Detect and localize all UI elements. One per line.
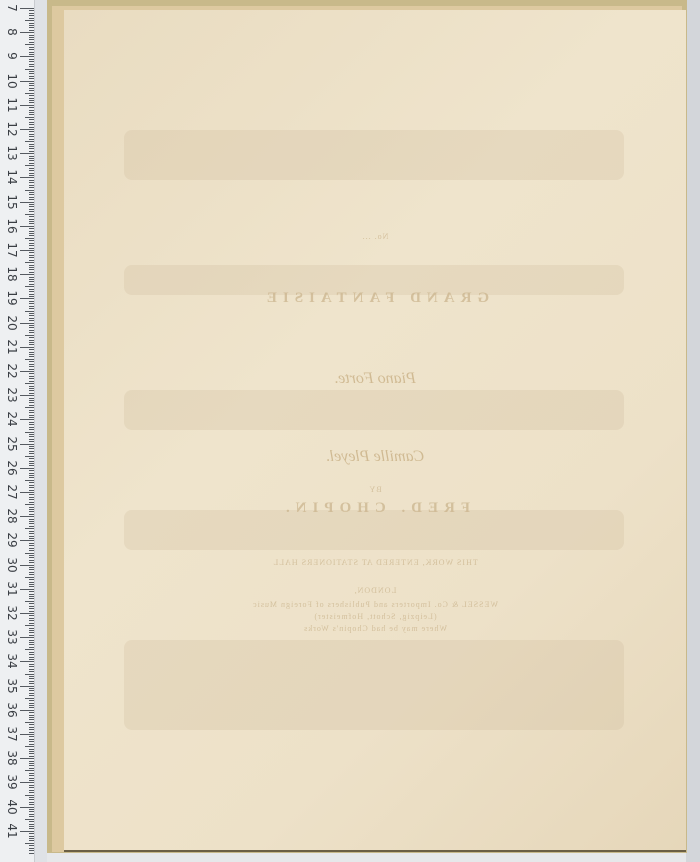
ruler-tick xyxy=(29,148,34,149)
ruler-tick xyxy=(29,415,34,416)
measuring-ruler: 7891011121314151617181920212223242526272… xyxy=(0,0,35,862)
ruler-tick xyxy=(29,156,34,157)
ruler-tick xyxy=(29,422,34,423)
ruler-tick xyxy=(29,42,34,43)
ruler-tick xyxy=(20,782,34,783)
ruler-tick xyxy=(29,787,34,788)
ruler-tick xyxy=(25,262,34,263)
ruler-tick xyxy=(29,175,34,176)
ruler-tick xyxy=(29,284,34,285)
ruler-tick xyxy=(25,190,34,191)
ruler-tick xyxy=(29,596,34,597)
ruler-tick xyxy=(29,252,34,253)
ruler-label: 40 xyxy=(6,796,18,818)
ruler-label: 28 xyxy=(6,505,18,527)
ruler-tick xyxy=(29,352,34,353)
ruler-tick xyxy=(29,598,34,599)
ruler-tick xyxy=(29,763,34,764)
ruler-tick xyxy=(29,27,34,28)
ruler-tick xyxy=(29,586,34,587)
ruler-tick xyxy=(29,95,34,96)
ruler-tick xyxy=(29,557,34,558)
ruler-tick xyxy=(29,199,34,200)
ruler-tick xyxy=(29,693,34,694)
ruler-tick xyxy=(29,388,34,389)
ruler-tick xyxy=(29,753,34,754)
ruler-tick xyxy=(20,323,34,324)
ruler-tick xyxy=(29,168,34,169)
ruler-tick xyxy=(29,642,34,643)
ghost-number-line: No. ... xyxy=(64,232,686,241)
ruler-tick xyxy=(29,390,34,391)
ruler-tick xyxy=(29,110,34,111)
ruler-tick xyxy=(29,606,34,607)
ruler-tick xyxy=(29,398,34,399)
ruler-tick xyxy=(29,705,34,706)
ruler-tick xyxy=(29,386,34,387)
ruler-label: 41 xyxy=(6,820,18,842)
ruler-tick xyxy=(29,536,34,537)
ruler-tick xyxy=(29,526,34,527)
ruler-label: 35 xyxy=(6,675,18,697)
ruler-tick xyxy=(29,243,34,244)
ruler-tick xyxy=(29,318,34,319)
ruler-tick xyxy=(29,325,34,326)
ruler-tick xyxy=(29,761,34,762)
ruler-tick xyxy=(20,226,34,227)
ruler-tick xyxy=(29,797,34,798)
ruler-tick xyxy=(20,468,34,469)
ruler-tick xyxy=(29,833,34,834)
ruler-tick xyxy=(29,342,34,343)
ruler-tick xyxy=(29,751,34,752)
ruler-tick xyxy=(29,204,34,205)
ruler-tick xyxy=(29,378,34,379)
ruler-tick xyxy=(29,804,34,805)
ruler-label: 33 xyxy=(6,626,18,648)
ruler-tick xyxy=(29,826,34,827)
ruler-tick xyxy=(25,674,34,675)
ruler-tick xyxy=(29,785,34,786)
ruler-tick xyxy=(29,219,34,220)
ruler-tick xyxy=(29,366,34,367)
ruler-tick xyxy=(20,371,34,372)
ruler-tick xyxy=(29,434,34,435)
ruler-tick xyxy=(29,700,34,701)
ruler-tick xyxy=(29,461,34,462)
ruler-tick xyxy=(29,473,34,474)
ruler-tick xyxy=(29,49,34,50)
ruler-tick xyxy=(29,349,34,350)
ruler-label: 9 xyxy=(6,45,18,67)
ruler-tick xyxy=(29,678,34,679)
ruler-tick xyxy=(29,569,34,570)
ruler-tick xyxy=(29,192,34,193)
ruler-tick xyxy=(25,311,34,312)
ruler-tick xyxy=(29,458,34,459)
ruler-tick xyxy=(29,611,34,612)
ruler-tick xyxy=(29,816,34,817)
ruler-tick xyxy=(29,676,34,677)
ruler-tick xyxy=(29,799,34,800)
ruler-tick xyxy=(29,477,34,478)
ruler-tick xyxy=(29,615,34,616)
ruler-tick xyxy=(20,492,34,493)
document-page: No. ... GRAND FANTAISIE Piano Forte. Cam… xyxy=(64,10,686,850)
ruler-tick xyxy=(29,594,34,595)
ruler-tick xyxy=(25,698,34,699)
ruler-tick xyxy=(29,216,34,217)
ruler-label: 13 xyxy=(6,142,18,164)
ruler-tick xyxy=(29,233,34,234)
ruler-tick xyxy=(29,30,34,31)
ruler-tick xyxy=(29,85,34,86)
ruler-tick xyxy=(20,831,34,832)
ruler-tick xyxy=(29,775,34,776)
ruler-tick xyxy=(29,160,34,161)
ruler-tick xyxy=(29,306,34,307)
ruler-tick xyxy=(25,383,34,384)
ruler-tick xyxy=(29,410,34,411)
ruler-tick xyxy=(29,497,34,498)
ruler-tick xyxy=(29,499,34,500)
ruler-tick xyxy=(20,444,34,445)
ruler-tick xyxy=(25,504,34,505)
ruler-tick xyxy=(29,23,34,24)
ruler-tick xyxy=(29,340,34,341)
ruler-tick xyxy=(29,427,34,428)
ruler-tick xyxy=(20,734,34,735)
ruler-tick xyxy=(29,572,34,573)
ruler-label: 11 xyxy=(6,94,18,116)
ruler-tick xyxy=(29,78,34,79)
ruler-tick xyxy=(29,719,34,720)
ruler-tick xyxy=(25,335,34,336)
ruler-tick xyxy=(29,327,34,328)
ruler-tick xyxy=(29,591,34,592)
ruler-tick xyxy=(25,722,34,723)
ruler-tick xyxy=(29,703,34,704)
ruler-tick xyxy=(29,487,34,488)
scanner-bed-margin xyxy=(35,0,47,862)
ruler-tick xyxy=(29,732,34,733)
ruler-tick xyxy=(29,509,34,510)
ruler-tick xyxy=(29,652,34,653)
ruler-tick xyxy=(29,289,34,290)
ghost-title: GRAND FANTAISIE xyxy=(64,290,686,307)
ruler-tick xyxy=(29,277,34,278)
ruler-tick xyxy=(29,296,34,297)
ruler-tick xyxy=(29,369,34,370)
ruler-tick xyxy=(29,64,34,65)
ruler-label: 38 xyxy=(6,747,18,769)
ruler-tick xyxy=(29,511,34,512)
ghost-composer: FRED. CHOPIN. xyxy=(64,500,686,517)
ruler-tick xyxy=(29,475,34,476)
ruler-tick xyxy=(29,666,34,667)
ruler-tick xyxy=(29,127,34,128)
ruler-tick xyxy=(29,90,34,91)
ruler-tick xyxy=(29,124,34,125)
ruler-tick xyxy=(29,582,34,583)
ruler-tick xyxy=(29,393,34,394)
ruler-tick xyxy=(29,291,34,292)
ruler-tick xyxy=(29,560,34,561)
ruler-tick xyxy=(29,543,34,544)
ruler-label: 26 xyxy=(6,457,18,479)
ruler-tick xyxy=(29,13,34,14)
ruler-tick xyxy=(20,347,34,348)
ruler-tick xyxy=(29,303,34,304)
ruler-tick xyxy=(29,838,34,839)
ruler-tick xyxy=(29,194,34,195)
show-through-block xyxy=(124,130,624,180)
ruler-tick xyxy=(29,281,34,282)
ruler-tick xyxy=(29,257,34,258)
ruler-tick xyxy=(29,448,34,449)
ruler-tick xyxy=(29,144,34,145)
ruler-tick xyxy=(29,768,34,769)
ruler-tick xyxy=(25,795,34,796)
ruler-tick xyxy=(29,562,34,563)
ruler-tick xyxy=(29,821,34,822)
ruler-tick xyxy=(20,129,34,130)
ghost-publisher-line-3: Where may be had Chopin's Works xyxy=(64,624,686,633)
ruler-tick xyxy=(29,550,34,551)
ruler-tick xyxy=(29,240,34,241)
ruler-tick xyxy=(29,330,34,331)
ruler-tick xyxy=(25,44,34,45)
ruler-tick xyxy=(29,809,34,810)
ruler-tick xyxy=(29,603,34,604)
ruler-tick xyxy=(29,623,34,624)
ruler-tick xyxy=(29,223,34,224)
ruler-label: 25 xyxy=(6,433,18,455)
ruler-tick xyxy=(29,845,34,846)
ruler-label: 34 xyxy=(6,650,18,672)
ruler-tick xyxy=(20,661,34,662)
ruler-label: 39 xyxy=(6,771,18,793)
show-through-block xyxy=(124,390,624,430)
ruler-tick xyxy=(29,102,34,103)
ruler-tick xyxy=(20,56,34,57)
ruler-tick xyxy=(29,840,34,841)
ruler-tick xyxy=(29,811,34,812)
ruler-tick xyxy=(20,105,34,106)
ruler-tick xyxy=(29,88,34,89)
ruler-tick xyxy=(29,671,34,672)
ruler-tick xyxy=(29,308,34,309)
ruler-tick xyxy=(20,565,34,566)
ruler-tick xyxy=(29,567,34,568)
ruler-tick xyxy=(25,649,34,650)
ruler-tick xyxy=(29,151,34,152)
ruler-label: 29 xyxy=(6,529,18,551)
ruler-tick xyxy=(29,373,34,374)
ruler-label: 31 xyxy=(6,578,18,600)
ruler-tick xyxy=(29,465,34,466)
ruler-tick xyxy=(29,47,34,48)
ruler-tick xyxy=(20,274,34,275)
ruler-tick xyxy=(29,635,34,636)
ruler-tick xyxy=(29,574,34,575)
ruler-tick xyxy=(29,119,34,120)
ruler-tick xyxy=(29,25,34,26)
ruler-label: 36 xyxy=(6,699,18,721)
ruler-tick xyxy=(29,688,34,689)
ruler-label: 24 xyxy=(6,408,18,430)
ruler-tick xyxy=(29,405,34,406)
ruler-tick xyxy=(29,630,34,631)
ruler-tick xyxy=(29,337,34,338)
ruler-tick xyxy=(29,439,34,440)
ruler-tick xyxy=(29,707,34,708)
ruler-tick xyxy=(29,180,34,181)
ruler-tick xyxy=(29,555,34,556)
ruler-label: 30 xyxy=(6,554,18,576)
ruler-tick xyxy=(29,52,34,53)
ruler-label: 16 xyxy=(6,215,18,237)
ruler-tick xyxy=(29,632,34,633)
ruler-tick xyxy=(25,553,34,554)
ruler-tick xyxy=(29,436,34,437)
ruler-tick xyxy=(20,516,34,517)
ruler-tick xyxy=(29,736,34,737)
ruler-tick xyxy=(20,758,34,759)
show-through-block xyxy=(124,640,624,730)
ruler-tick xyxy=(29,158,34,159)
ruler-tick xyxy=(29,197,34,198)
ruler-tick xyxy=(29,502,34,503)
ruler-tick xyxy=(25,69,34,70)
ruler-tick xyxy=(29,724,34,725)
ruler-tick xyxy=(29,35,34,36)
ruler-label: 17 xyxy=(6,239,18,261)
ruler-tick xyxy=(29,402,34,403)
ruler-tick xyxy=(29,608,34,609)
ruler-tick xyxy=(29,744,34,745)
ruler-tick xyxy=(29,122,34,123)
ruler-tick xyxy=(20,807,34,808)
ruler-tick xyxy=(25,93,34,94)
ruler-tick xyxy=(29,756,34,757)
ghost-price-line: THIS WORK, ENTERED AT STATIONERS HALL xyxy=(64,558,686,567)
ruler-tick xyxy=(29,664,34,665)
ruler-tick xyxy=(29,657,34,658)
ruler-tick xyxy=(29,545,34,546)
ruler-tick xyxy=(29,313,34,314)
ruler-tick xyxy=(29,381,34,382)
ruler-tick xyxy=(29,10,34,11)
ruler-tick xyxy=(29,100,34,101)
ruler-tick xyxy=(29,235,34,236)
ruler-tick xyxy=(29,136,34,137)
ruler-label: 20 xyxy=(6,312,18,334)
ruler-tick xyxy=(29,209,34,210)
scanner-bed-right xyxy=(686,0,700,862)
ruler-tick xyxy=(29,73,34,74)
ruler-tick xyxy=(29,332,34,333)
ruler-tick xyxy=(29,265,34,266)
ruler-tick xyxy=(29,727,34,728)
ruler-label: 8 xyxy=(6,21,18,43)
ruler-tick xyxy=(29,61,34,62)
ghost-instrument: Piano Forte. xyxy=(64,370,686,388)
ruler-tick xyxy=(29,376,34,377)
ruler-tick xyxy=(29,482,34,483)
ghost-by: BY xyxy=(64,485,686,494)
ruler-tick xyxy=(29,618,34,619)
ruler-tick xyxy=(29,853,34,854)
ruler-tick xyxy=(29,354,34,355)
ruler-tick xyxy=(25,480,34,481)
ruler-tick xyxy=(29,514,34,515)
ruler-tick xyxy=(29,780,34,781)
ruler-tick xyxy=(25,214,34,215)
ruler-tick xyxy=(25,746,34,747)
ruler-tick xyxy=(29,279,34,280)
ruler-tick xyxy=(29,669,34,670)
ruler-tick xyxy=(29,248,34,249)
ruler-tick xyxy=(29,245,34,246)
ruler-tick xyxy=(25,770,34,771)
ruler-tick xyxy=(29,814,34,815)
ruler-tick xyxy=(29,424,34,425)
ruler-tick xyxy=(29,417,34,418)
ruler-tick xyxy=(25,141,34,142)
ruler-tick xyxy=(29,356,34,357)
ruler-tick xyxy=(29,114,34,115)
ruler-tick xyxy=(25,528,34,529)
ruler-tick xyxy=(29,260,34,261)
ruler-tick xyxy=(29,647,34,648)
ruler-tick xyxy=(29,361,34,362)
ruler-label: 37 xyxy=(6,723,18,745)
ruler-tick xyxy=(20,177,34,178)
ruler-tick xyxy=(29,344,34,345)
ruler-tick xyxy=(29,717,34,718)
ruler-tick xyxy=(29,301,34,302)
ruler-tick xyxy=(29,778,34,779)
ruler-tick xyxy=(29,695,34,696)
ruler-tick xyxy=(29,272,34,273)
ruler-tick xyxy=(25,577,34,578)
ruler-tick xyxy=(25,843,34,844)
ruler-tick xyxy=(29,76,34,77)
ruler-label: 32 xyxy=(6,602,18,624)
ruler-tick xyxy=(29,182,34,183)
ruler-label: 14 xyxy=(6,166,18,188)
ruler-tick xyxy=(29,792,34,793)
ruler-tick xyxy=(29,320,34,321)
ruler-tick xyxy=(29,429,34,430)
ruler-tick xyxy=(29,54,34,55)
ruler-tick xyxy=(20,153,34,154)
ruler-tick xyxy=(29,451,34,452)
ruler-tick xyxy=(29,828,34,829)
ruler-tick xyxy=(29,131,34,132)
ruler-tick xyxy=(29,802,34,803)
ruler-tick xyxy=(29,98,34,99)
ruler-tick xyxy=(29,538,34,539)
ruler-tick xyxy=(25,432,34,433)
ruler-tick xyxy=(29,523,34,524)
ruler-label: 22 xyxy=(6,360,18,382)
ruler-tick xyxy=(20,637,34,638)
ghost-dedication: Camille Pleyel. xyxy=(64,448,686,466)
ruler-tick xyxy=(29,640,34,641)
ruler-tick xyxy=(29,739,34,740)
